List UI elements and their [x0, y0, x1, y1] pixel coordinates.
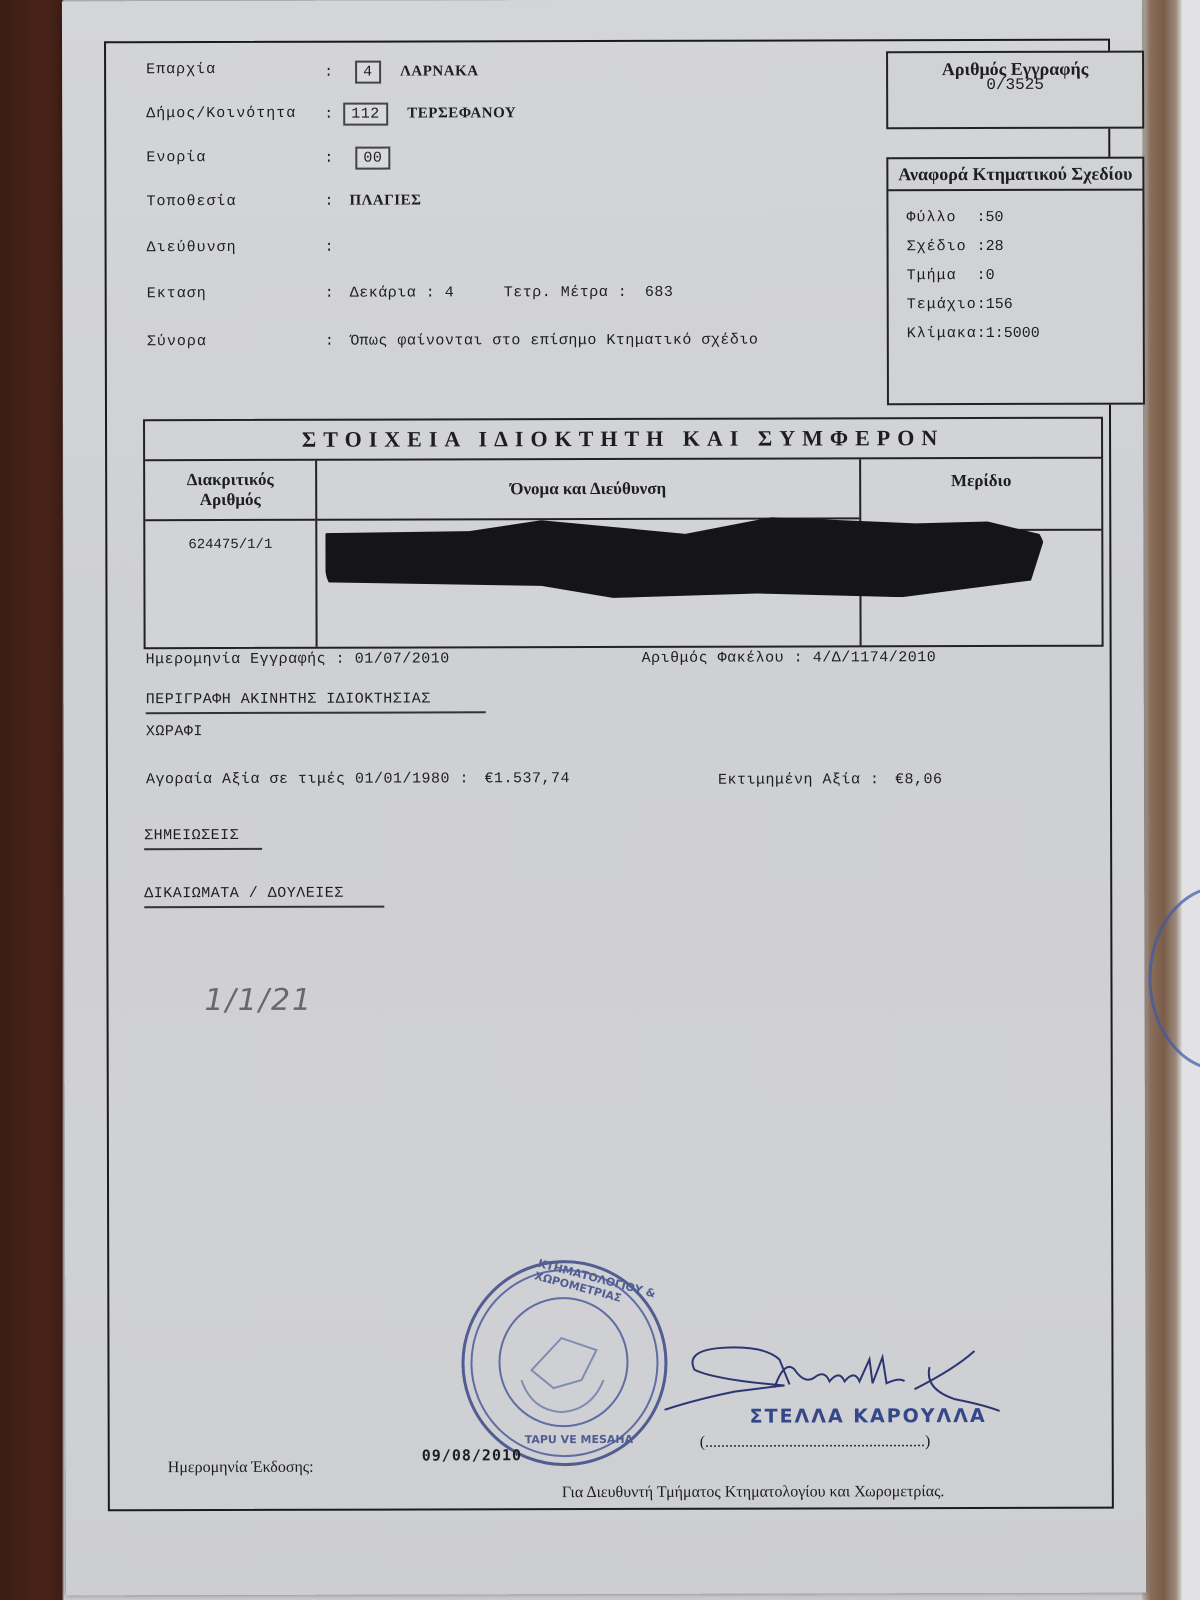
registration-number-box: Αριθμός Εγγραφής 0/3525 [886, 51, 1144, 130]
document-frame: Επαρχία : 4 ΛΑΡΝΑΚΑ Δήμος/Κοινότητα : 11… [104, 39, 1114, 1512]
separator: : [324, 106, 334, 123]
plan-row-scale: Κλίμακα:1:5000 [907, 319, 1143, 349]
field-extent: : Δεκάρια : 4 Τετρ. Μέτρα : 683 [325, 284, 674, 302]
rights-heading: ΔΙΚΑΙΩΜΑΤΑ / ΔΟΥΛΕΙΕΣ [144, 885, 384, 909]
locality-name: ΠΛΑΓΙΕΣ [349, 192, 421, 208]
stamp-text-bottom: TAPU VE MESAHA [525, 1433, 634, 1446]
separator: : [325, 285, 335, 302]
extent-dekaria: Δεκάρια : 4 [350, 284, 455, 301]
wood-surface-right [1142, 0, 1182, 1600]
signatory-title: Για Διευθυντή Τμήματος Κτηματολογίου και… [562, 1483, 945, 1502]
field-label-locality: Τοποθεσία [146, 193, 236, 210]
field-label-address: Διεύθυνση [147, 239, 237, 256]
plan-row-sheet: Φύλλο:50 [906, 203, 1142, 233]
issue-date-value: 09/08/2010 [422, 1446, 522, 1464]
property-description-heading: ΠΕΡΙΓΡΑΦΗ ΑΚΙΝΗΤΗΣ ΙΔΙΟΚΤΗΣΙΑΣ [146, 690, 486, 714]
plan-row-plan: Σχέδιο:28 [907, 232, 1143, 262]
registration-title: Αριθμός Εγγραφής [888, 61, 1142, 78]
field-label-boundaries: Σύνορα [147, 333, 207, 350]
column-header-name-address: Όνομα και Διεύθυνση [317, 459, 859, 520]
separator: : [325, 333, 335, 350]
estimated-value: Εκτιμημένη Αξία : €8,06 [718, 771, 943, 789]
column-header-id: Διακριτικός Αριθμός [145, 461, 315, 521]
separator: : [324, 193, 334, 210]
field-address: : [325, 239, 335, 256]
district-name: ΛΑΡΝΑΚΑ [400, 63, 478, 79]
signatory-line: (.......................................… [700, 1433, 1000, 1452]
municipality-code: 112 [343, 103, 388, 126]
municipality-name: ΤΕΡΣΕΦΑΝΟΥ [407, 105, 516, 121]
separator: : [324, 150, 334, 167]
market-value: Αγοραία Αξία σε τιμές 01/01/1980 : €1.53… [146, 770, 570, 788]
plan-row-section: Τμήμα:0 [907, 261, 1143, 291]
field-district: : 4 ΛΑΡΝΑΚΑ [324, 60, 479, 83]
field-locality: : ΠΛΑΓΙΕΣ [324, 192, 421, 209]
boundaries-value: Όπως φαίνονται στο επίσημο Κτηματικό σχέ… [350, 332, 759, 350]
field-label-extent: Εκταση [147, 285, 207, 302]
paper-stack-edge [1182, 0, 1200, 1600]
registration-number: 0/3525 [888, 77, 1142, 94]
plan-reference-box: Αναφορά Κτηματικού Σχεδίου Φύλλο:50 Σχέδ… [886, 157, 1145, 406]
field-boundaries: : Όπως φαίνονται στο επίσημο Κτηματικό σ… [325, 332, 759, 350]
extent-sqm-label: Τετρ. Μέτρα : [504, 284, 628, 301]
notes-heading: ΣΗΜΕΙΩΣΕΙΣ [144, 827, 262, 850]
plan-row-parcel: Τεμάχιο:156 [907, 290, 1143, 320]
field-label-district: Επαρχία [146, 61, 216, 78]
owner-id-cell: 624475/1/1 [145, 537, 315, 553]
separator: : [324, 64, 334, 81]
parish-code: 00 [355, 147, 390, 170]
extent-sqm-value: 683 [645, 284, 674, 301]
field-municipality: : 112 ΤΕΡΣΕΦΑΝΟΥ [324, 102, 516, 126]
official-stamp: ΚΤΗΜΑΤΟΛΟΓΙΟΥ & ΧΩΡΟΜΕΤΡΙΑΣ TAPU VE MESA… [461, 1260, 668, 1467]
owner-table-title: ΣΤΟΙΧΕΙΑ ΙΔΙΟΚΤΗΤΗ ΚΑΙ ΣΥΜΦΕΡΟΝ [145, 419, 1101, 462]
district-code: 4 [355, 61, 381, 84]
file-number: Αριθμός Φακέλου : 4/Δ/1174/2010 [642, 649, 937, 667]
handwritten-note: 1/1/21 [204, 983, 313, 1018]
column-id: Διακριτικός Αριθμός 624475/1/1 [145, 461, 317, 647]
signatory-name: ΣΤΕΛΛΑ ΚΑΡΟΥΛΛΑ [750, 1405, 987, 1428]
plan-reference-title: Αναφορά Κτηματικού Σχεδίου [888, 159, 1142, 192]
field-label-municipality: Δήμος/Κοινότητα [146, 105, 296, 122]
field-parish: : 00 [324, 147, 400, 170]
field-label-parish: Ενορία [146, 149, 206, 166]
title-deed-document: Επαρχία : 4 ΛΑΡΝΑΚΑ Δήμος/Κοινότητα : 11… [62, 0, 1146, 1595]
column-header-share: Μερίδιο [861, 459, 1101, 532]
registration-date: Ημερομηνία Εγγραφής : 01/07/2010 [146, 650, 450, 668]
issue-date-label: Ημερομηνία Έκδοσης: [168, 1459, 314, 1477]
property-type: ΧΩΡΑΦΙ [146, 723, 203, 740]
